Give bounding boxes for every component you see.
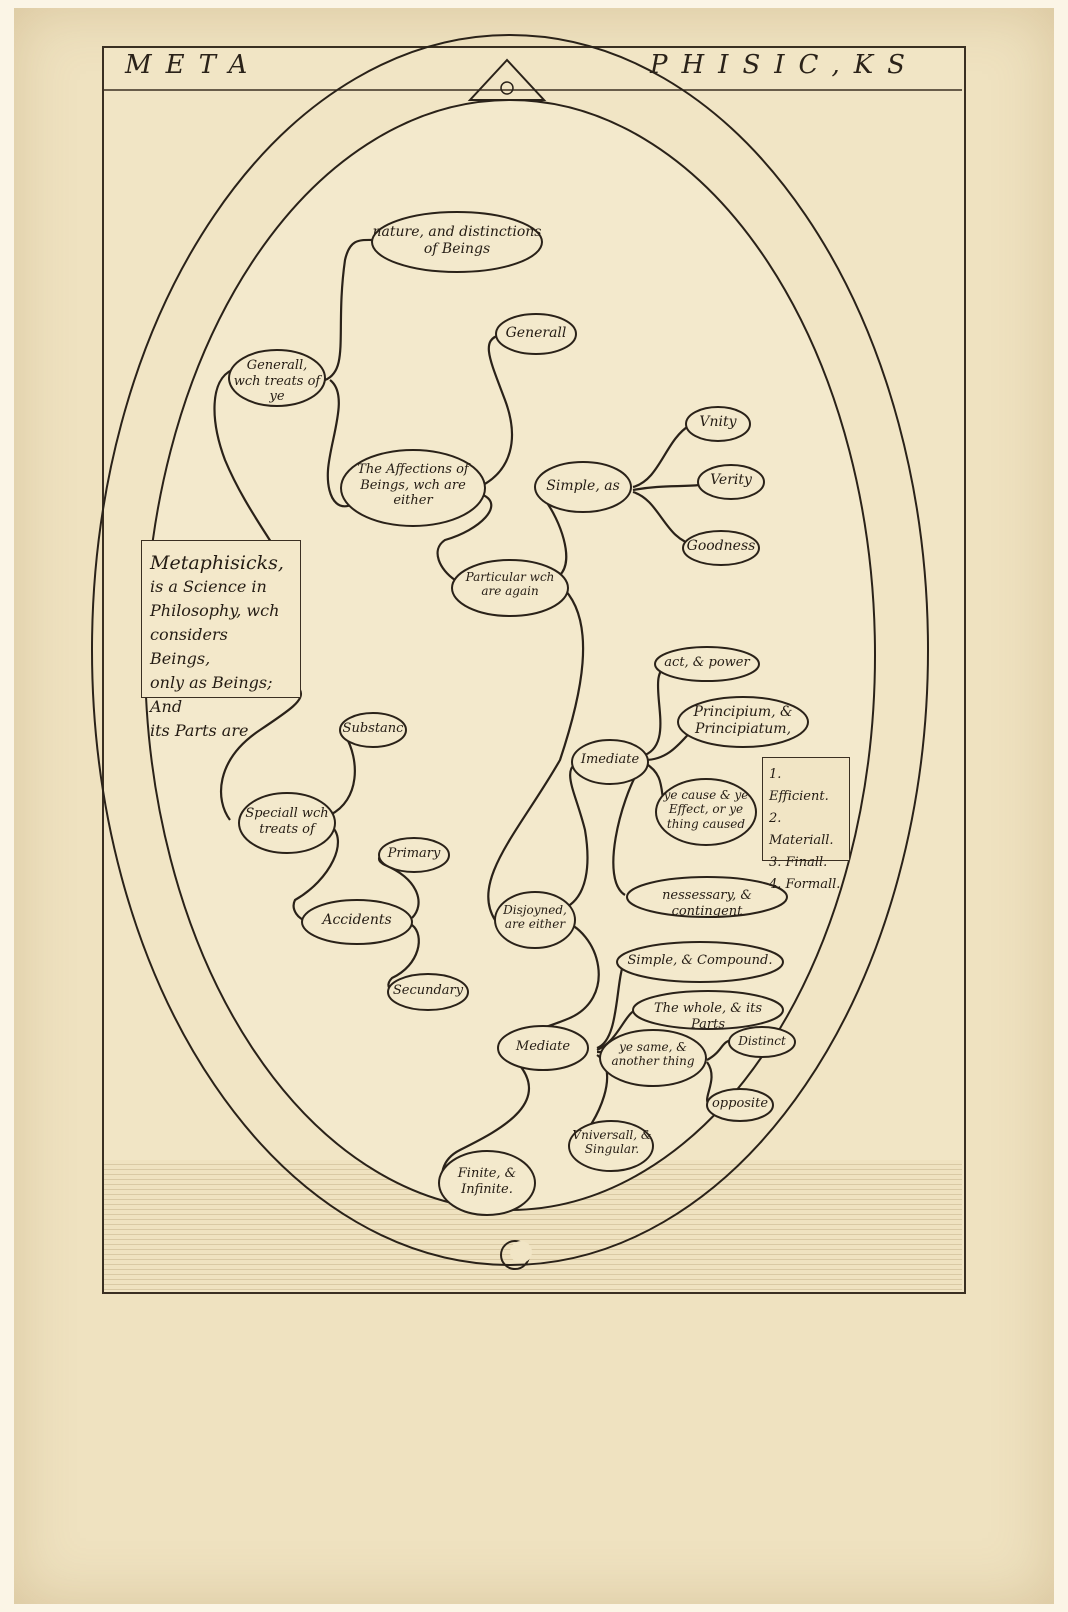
label-accidents: Accidents	[305, 912, 409, 929]
label-goodness: Goodness	[685, 538, 757, 555]
label-unity: Vnity	[688, 414, 748, 431]
label-verity: Verity	[700, 472, 762, 489]
definition-line: is a Science in	[150, 575, 292, 599]
cause-item: 4. Formall.	[769, 874, 843, 896]
label-universall: Vniversall, & Singular.	[572, 1128, 652, 1157]
label-speciall: Speciall wch treats of	[243, 806, 331, 837]
label-mediate: Mediate	[500, 1039, 586, 1055]
eye-of-providence-icon	[470, 60, 544, 100]
four-causes-box: 1. Efficient. 2. Materiall. 3. Finall. 4…	[762, 757, 850, 861]
definition-line: Metaphisicks,	[150, 551, 292, 575]
label-generall: Generall	[496, 325, 576, 342]
definition-line: only as Beings; And	[150, 671, 292, 719]
definition-line: its Parts are	[150, 719, 292, 743]
label-simple-compound: Simple, & Compound.	[620, 953, 780, 969]
label-opposite: opposite	[708, 1096, 772, 1112]
label-affections: The Affections of Beings, wch are either	[350, 462, 476, 509]
label-primary: Primary	[381, 846, 447, 862]
label-necessary: nessessary, & contingent	[630, 888, 784, 919]
label-nature-distinctions: nature, and distinctions of Beings	[372, 224, 542, 258]
label-whole-parts: The whole, & its Parts	[636, 1001, 780, 1032]
label-secundary: Secundary	[390, 983, 466, 999]
label-finite: Finite, & Infinite.	[450, 1166, 524, 1197]
label-substance: Substanc	[342, 721, 404, 737]
cause-item: 3. Finall.	[769, 852, 843, 874]
label-cause-effect: ye cause & ye Effect, or ye thing caused	[660, 788, 752, 831]
definition-line: Philosophy, wch	[150, 599, 292, 623]
cause-item: 2. Materiall.	[769, 808, 843, 852]
label-imediate: Imediate	[573, 752, 647, 768]
definition-box: Metaphisicks, is a Science in Philosophy…	[141, 540, 301, 698]
label-principium: Principium, & Principiatum,	[683, 704, 803, 738]
label-distinct: Distinct	[731, 1034, 793, 1048]
label-generall-treats: Generall, wch treats of ye	[232, 358, 322, 405]
label-same-another: ye same, & another thing	[604, 1040, 702, 1069]
cause-item: 1. Efficient.	[769, 764, 843, 808]
label-disjoyned: Disjoyned, are either	[497, 903, 573, 932]
label-act-power: act, & power	[657, 655, 757, 671]
label-simple-as: Simple, as	[537, 478, 629, 495]
label-particular: Particular wch are again	[458, 570, 562, 599]
definition-line: considers Beings,	[150, 623, 292, 671]
